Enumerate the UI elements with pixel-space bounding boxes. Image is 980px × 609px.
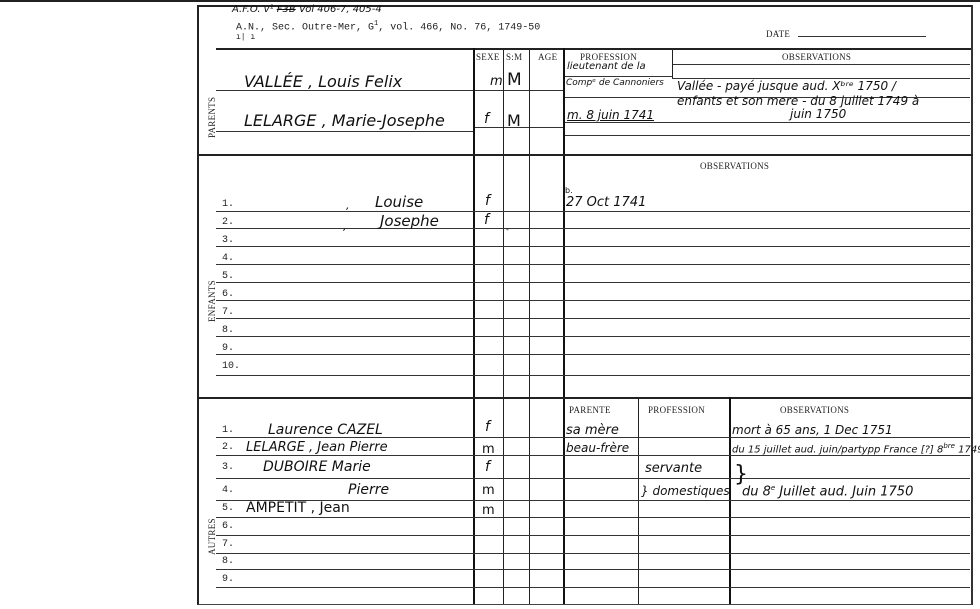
enfant-num-5: 5. bbox=[222, 271, 234, 282]
enfant-2-given: Josephe bbox=[380, 212, 439, 230]
autre-num-1: 1. bbox=[222, 425, 234, 436]
col-sm: S:M bbox=[506, 52, 522, 62]
autre-4-profession: } domestiques bbox=[641, 484, 730, 498]
enfant-num-7: 7. bbox=[222, 307, 234, 318]
enfant-grid-2 bbox=[474, 228, 970, 229]
col-age: AGE bbox=[538, 52, 557, 62]
enfant-num-2: 2. bbox=[222, 217, 234, 228]
date-label: DATE bbox=[766, 29, 790, 39]
autres-rule-6 bbox=[216, 535, 970, 536]
sexe-col-left bbox=[473, 48, 475, 604]
section-label-enfants: ENFANTS bbox=[207, 280, 217, 322]
enfant-num-1: 1. bbox=[222, 199, 234, 210]
autre-4-name: Pierre bbox=[348, 482, 389, 498]
autres-top-rule bbox=[197, 397, 973, 399]
autre-5-sexe: m bbox=[482, 503, 495, 518]
enfant-grid-10 bbox=[474, 375, 970, 376]
autre-1-name: Laurence CAZEL bbox=[268, 422, 383, 438]
sm-col-left bbox=[503, 48, 504, 604]
enfant-num-4: 4. bbox=[222, 253, 234, 264]
enfants-top-rule bbox=[197, 154, 973, 156]
autres-rule-7 bbox=[216, 553, 970, 554]
autre-1-sexe: f bbox=[485, 419, 490, 435]
autres-rule-3 bbox=[216, 478, 970, 479]
autre-2-name: LELARGE , Jean Pierre bbox=[246, 440, 388, 455]
enfant-2-sexe: f bbox=[484, 212, 489, 228]
enfant-grid-8 bbox=[474, 336, 970, 337]
mother-sm: M bbox=[507, 111, 521, 130]
enfant-grid-6 bbox=[474, 300, 970, 301]
enfant-rule-4 bbox=[216, 264, 474, 265]
parents-obs-line-3: juin 1750 bbox=[790, 107, 846, 121]
father-sm: M bbox=[507, 70, 522, 90]
autre-3-sexe: f bbox=[485, 459, 490, 475]
autres-rule-8 bbox=[216, 569, 970, 570]
enfant-rule-10 bbox=[216, 375, 474, 376]
enfant-rule-3 bbox=[216, 246, 474, 247]
enfant-1-given: Louise bbox=[375, 193, 423, 211]
enfant-rule-6 bbox=[216, 300, 474, 301]
enfant-2-comma: , bbox=[343, 220, 347, 233]
autre-num-9: 9. bbox=[222, 574, 234, 585]
col-autres-profession: PROFESSION bbox=[648, 405, 705, 415]
enfant-grid-5 bbox=[474, 282, 970, 283]
autre-num-2: 2. bbox=[222, 442, 234, 453]
parents-obs-line-2: enfants et son mere - du 8 juillet 1749 … bbox=[677, 94, 919, 108]
enfant-num-6: 6. bbox=[222, 289, 234, 300]
section-label-parents: PARENTS bbox=[207, 97, 217, 138]
father-name: VALLÉE , Louis Felix bbox=[244, 72, 402, 91]
col-observations: OBSERVATIONS bbox=[782, 52, 851, 62]
parents-obs-rule-2 bbox=[564, 122, 970, 123]
autre-2-observation: du 15 juillet aud. juin/partypp France [… bbox=[732, 442, 980, 455]
enfant-num-3: 3. bbox=[222, 235, 234, 246]
autre-2-parente: beau-frère bbox=[566, 441, 629, 455]
enfant-1-sexe: f bbox=[485, 193, 490, 209]
marriage-date: m. 8 juin 1741 bbox=[567, 108, 654, 122]
age-col-left bbox=[529, 48, 530, 604]
parents-obs-line-1: Vallée - payé jusque aud. Xᵇʳᵉ 1750 / bbox=[677, 79, 896, 93]
enfant-num-8: 8. bbox=[222, 325, 234, 336]
col-sexe: SEXE bbox=[476, 52, 500, 62]
autre-5-name: AMPETIT , Jean bbox=[246, 500, 350, 516]
autre-num-4: 4. bbox=[222, 485, 234, 496]
autre-3-name: DUBOIRE Marie bbox=[263, 459, 371, 475]
mother-name: LELARGE , Marie-Josephe bbox=[244, 111, 445, 130]
col-parente: PARENTE bbox=[569, 405, 611, 415]
autre-num-8: 8. bbox=[222, 556, 234, 567]
enfant-grid-1 bbox=[474, 211, 970, 212]
parents-profession-right bbox=[672, 48, 673, 78]
autre-num-7: 7. bbox=[222, 539, 234, 550]
autre-3-profession: servante bbox=[645, 461, 702, 476]
autre-2-sexe: m bbox=[482, 442, 495, 457]
enfant-num-10: 10. bbox=[222, 361, 240, 372]
col-autres-observations: OBSERVATIONS bbox=[780, 405, 849, 415]
enfant-grid-4 bbox=[474, 264, 970, 265]
enfant-grid-9 bbox=[474, 354, 970, 355]
enfant-1-birth-prefix: b. bbox=[565, 186, 573, 195]
parents-grid-rule-1 bbox=[474, 90, 564, 91]
father-profession-line2: Compᵉ de Cannoniers bbox=[566, 78, 664, 88]
enfants-observations-header: OBSERVATIONS bbox=[700, 161, 769, 171]
enfant-grid-7 bbox=[474, 318, 970, 319]
enfant-grid-3 bbox=[474, 246, 970, 247]
enfant-1-comma: , bbox=[346, 199, 350, 212]
tick-marks: ı| ı bbox=[236, 33, 255, 42]
autre-4-sexe: m bbox=[482, 483, 495, 498]
autre-num-5: 5. bbox=[222, 503, 234, 514]
parents-top-rule bbox=[216, 48, 971, 50]
autres-rule-5 bbox=[216, 517, 970, 518]
enfant-rule-9 bbox=[216, 354, 474, 355]
enfant-num-9: 9. bbox=[222, 343, 234, 354]
profession-box-bottom bbox=[564, 76, 672, 77]
archive-annotation: A.F.O. v¹ F3B Vol 406-7, 405-4 bbox=[232, 4, 382, 15]
enfant-rule-8 bbox=[216, 336, 474, 337]
date-field bbox=[798, 36, 926, 37]
father-profession-line1: lieutenant de la bbox=[567, 61, 646, 72]
parents-obs-header-rule bbox=[672, 64, 970, 65]
profession-col-left bbox=[563, 48, 565, 604]
autres-rule-9 bbox=[216, 587, 970, 588]
autre-1-parente: sa mère bbox=[566, 423, 619, 438]
autre-num-6: 6. bbox=[222, 521, 234, 532]
parents-obs-rule-3 bbox=[564, 135, 970, 136]
autre-4-observation: du 8e Juillet aud. Juin 1750 bbox=[742, 484, 913, 499]
enfant-2-sm: - bbox=[506, 225, 509, 234]
enfant-rule-7 bbox=[216, 318, 474, 319]
parents-row-2-rule bbox=[216, 131, 474, 132]
mother-sexe: f bbox=[484, 111, 489, 127]
autre-1-observation: mort à 65 ans, 1 Dec 1751 bbox=[732, 423, 893, 437]
section-label-autres: AUTRES bbox=[207, 518, 217, 555]
scan-top-edge bbox=[0, 0, 980, 2]
archive-source: A.N., Sec. Outre-Mer, G1, vol. 466, No. … bbox=[236, 20, 540, 33]
enfant-rule-5 bbox=[216, 282, 474, 283]
autre-num-3: 3. bbox=[222, 462, 234, 473]
enfant-1-birth-date: 27 Oct 1741 bbox=[566, 195, 646, 210]
father-sexe: m bbox=[490, 74, 503, 89]
